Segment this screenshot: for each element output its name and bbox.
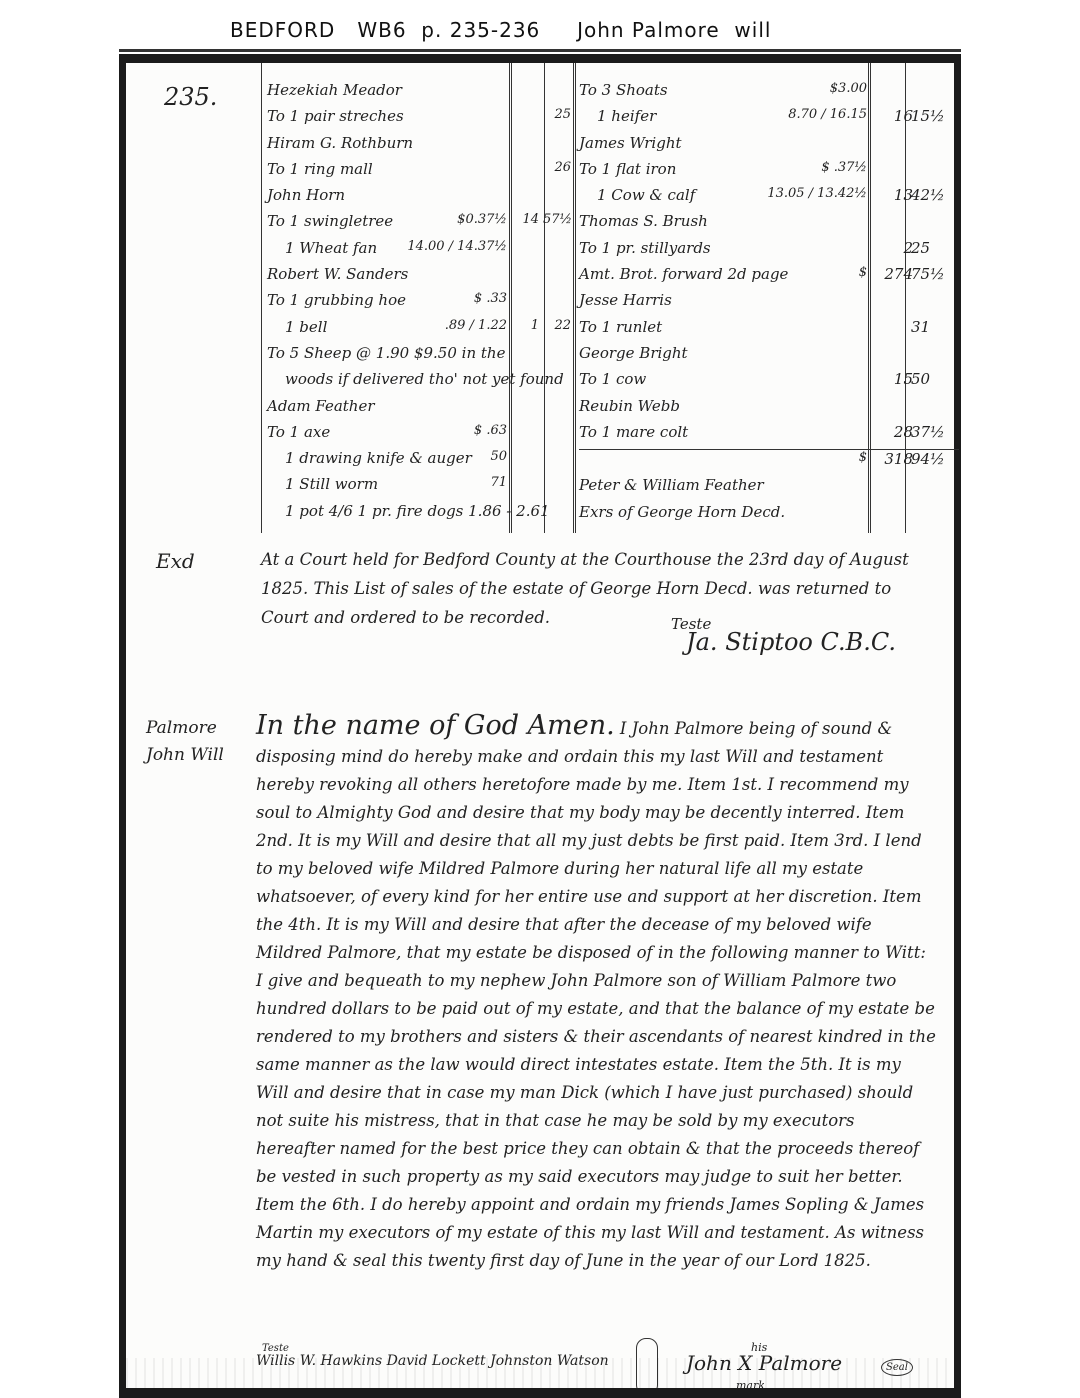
ledger-amount: 71 <box>490 475 507 490</box>
ledger-amount: 50 <box>490 449 507 464</box>
ledger-row: Peter & William Feather <box>579 476 959 502</box>
ledger-ref-row <box>511 370 573 396</box>
ledger-row: Reubin Webb <box>579 397 959 423</box>
ledger-row: James Wright <box>579 134 959 160</box>
ledger-amount: $ .63 <box>474 423 507 438</box>
ledger-row: To 1 mare colt2837½ <box>579 423 959 449</box>
ledger-description: To 1 ring mall <box>267 160 373 178</box>
ledger-description: 1 Wheat fan <box>285 239 377 257</box>
ledger-description: 1 drawing knife & auger <box>285 449 472 467</box>
ledger-description: To 1 axe <box>267 423 330 441</box>
ledger-description: To 3 Shoats <box>579 81 668 99</box>
ledger-row: woods if delivered tho' not yet found <box>267 370 507 396</box>
ledger-row: To 1 pr. stillyards225 <box>579 239 959 265</box>
ledger-description: James Wright <box>579 134 682 152</box>
ledger-ref-row <box>511 475 573 501</box>
ledger-row: To 1 ring mall <box>267 160 507 186</box>
ledger-row: To 1 cow1550 <box>579 370 959 396</box>
ledger-middle-refs: 25261457½122 <box>511 81 573 528</box>
ledger-amount: $ <box>859 450 867 465</box>
ledger-cents: 25 <box>911 239 930 257</box>
ledger-row: To 1 runlet31 <box>579 318 959 344</box>
ledger-cents: 15½ <box>911 107 945 125</box>
ledger-description: George Bright <box>579 344 688 362</box>
ledger-cents: 31 <box>911 318 930 336</box>
ledger-description: To 1 swingletree <box>267 212 393 230</box>
ledger-ref-row <box>511 291 573 317</box>
ledger-dollars: 274 <box>884 265 913 283</box>
ledger-ref-row <box>511 265 573 291</box>
ledger-ref-row: 26 <box>511 160 573 186</box>
ledger-description: Reubin Webb <box>579 397 680 415</box>
ledger-cents: 42½ <box>911 186 945 204</box>
ledger-row: Thomas S. Brush <box>579 212 959 238</box>
ledger-amount: 8.70 / 16.15 <box>788 107 867 122</box>
ledger-row: John Horn <box>267 186 507 212</box>
ledger-amount: $ .33 <box>474 291 507 306</box>
ledger-ref-row <box>511 134 573 160</box>
ledger-description: To 1 runlet <box>579 318 662 336</box>
ledger-row: Amt. Brot. forward 2d page$27475½ <box>579 265 959 291</box>
ledger-description: To 1 flat iron <box>579 160 676 178</box>
ledger-row: 1 drawing knife & auger50 <box>267 449 507 475</box>
ledger-amount: $0.37½ <box>457 212 507 227</box>
ledger-row: To 5 Sheep @ 1.90 $9.50 in the <box>267 344 507 370</box>
ledger-ref-row: 122 <box>511 318 573 344</box>
ledger-ref-row <box>511 186 573 212</box>
ledger-row: To 1 flat iron$ .37½ <box>579 160 959 186</box>
ledger-row: Exrs of George Horn Decd. <box>579 503 959 529</box>
ledger-cents: 37½ <box>911 423 945 441</box>
ledger-row: To 1 swingletree$0.37½ <box>267 212 507 238</box>
ledger-description: 1 pot 4/6 1 pr. fire dogs 1.86 - 2.61 <box>285 502 550 520</box>
ledger-description: Hiram G. Rothburn <box>267 134 413 152</box>
ledger-row: 1 heifer8.70 / 16.151615½ <box>579 107 959 133</box>
margin-title-line: John Will <box>146 742 224 769</box>
ledger-description: 1 Cow & calf <box>597 186 695 204</box>
sales-ledger: Hezekiah MeadorTo 1 pair strechesHiram G… <box>261 63 961 543</box>
ledger-rule <box>261 63 262 533</box>
scan-bottom-edge <box>119 1388 961 1398</box>
ledger-row: 1 Wheat fan14.00 / 14.37½ <box>267 239 507 265</box>
ledger-row: Robert W. Sanders <box>267 265 507 291</box>
document-header-label: BEDFORD WB6 p. 235-236 John Palmore will <box>230 18 771 42</box>
ledger-description: To 1 mare colt <box>579 423 688 441</box>
ledger-row: $31894½ <box>579 449 959 476</box>
ref-dollars: 1 <box>511 318 539 333</box>
ledger-row: To 1 pair streches <box>267 107 507 133</box>
ledger-amount: $ <box>859 265 867 280</box>
ledger-row: Adam Feather <box>267 397 507 423</box>
ledger-row: George Bright <box>579 344 959 370</box>
will-margin-title: Palmore John Will <box>146 715 224 769</box>
ledger-description: To 1 grubbing hoe <box>267 291 406 309</box>
ledger-ref-row <box>511 502 573 528</box>
ledger-ref-row <box>511 239 573 265</box>
ledger-ref-row <box>511 397 573 423</box>
will-text: In the name of God Amen. I John Palmore … <box>256 711 936 1275</box>
ledger-cents: 94½ <box>911 450 945 468</box>
ref-cents: 26 <box>543 160 571 175</box>
ledger-amount: $3.00 <box>830 81 867 96</box>
ledger-cents: 50 <box>911 370 930 388</box>
ledger-ref-row <box>511 423 573 449</box>
ledger-row: To 1 axe$ .63 <box>267 423 507 449</box>
ledger-row: Hiram G. Rothburn <box>267 134 507 160</box>
ledger-row: Hezekiah Meador <box>267 81 507 107</box>
ref-dollars: 14 <box>511 212 539 227</box>
ledger-row: 1 pot 4/6 1 pr. fire dogs 1.86 - 2.61 <box>267 502 507 528</box>
examined-margin-note: Exd <box>156 549 195 573</box>
ref-cents: 25 <box>543 107 571 122</box>
ledger-row: To 1 grubbing hoe$ .33 <box>267 291 507 317</box>
ledger-description: 1 heifer <box>597 107 656 125</box>
ledger-page: 235. Hezekiah MeadorTo 1 pair strechesHi… <box>119 54 961 1398</box>
ledger-description: Peter & William Feather <box>579 476 764 494</box>
ledger-amount: 14.00 / 14.37½ <box>407 239 507 254</box>
clerk-signature: Ja. Stiptoo C.B.C. <box>686 628 896 656</box>
ledger-cents: 75½ <box>911 265 945 283</box>
will-opening: In the name of God Amen. <box>256 710 615 741</box>
ledger-description: To 1 pr. stillyards <box>579 239 711 257</box>
ledger-left-column: Hezekiah MeadorTo 1 pair strechesHiram G… <box>267 81 507 528</box>
margin-title-line: Palmore <box>146 715 224 742</box>
ledger-description: Robert W. Sanders <box>267 265 408 283</box>
ledger-description: Jesse Harris <box>579 291 672 309</box>
ledger-ref-row <box>511 344 573 370</box>
ledger-dollars: 318 <box>884 450 913 468</box>
ledger-description: 1 bell <box>285 318 327 336</box>
ledger-row: 1 Cow & calf13.05 / 13.42½1342½ <box>579 186 959 212</box>
ledger-row: To 3 Shoats$3.00 <box>579 81 959 107</box>
ledger-amount: .89 / 1.22 <box>445 318 507 333</box>
ledger-amount: 13.05 / 13.42½ <box>767 186 867 201</box>
ledger-description: Exrs of George Horn Decd. <box>579 503 785 521</box>
ledger-row: 1 bell.89 / 1.22 <box>267 318 507 344</box>
ledger-description: To 1 pair streches <box>267 107 404 125</box>
ledger-rule <box>573 63 576 533</box>
ref-cents: 22 <box>543 318 571 333</box>
ledger-row: 1 Still worm71 <box>267 475 507 501</box>
teste-label: Teste <box>262 1343 289 1354</box>
ledger-amount: $ .37½ <box>821 160 867 175</box>
ledger-ref-row: 1457½ <box>511 212 573 238</box>
ledger-right-column: To 3 Shoats$3.001 heifer8.70 / 16.151615… <box>579 81 959 529</box>
ledger-ref-row <box>511 449 573 475</box>
ledger-description: Hezekiah Meador <box>267 81 402 99</box>
ledger-description: To 1 cow <box>579 370 646 388</box>
will-body-text: I John Palmore being of sound & disposin… <box>256 719 936 1270</box>
ledger-description: Thomas S. Brush <box>579 212 708 230</box>
page-number: 235. <box>164 83 217 111</box>
ledger-description: Adam Feather <box>267 397 375 415</box>
ledger-ref-row <box>511 81 573 107</box>
ledger-description: To 5 Sheep @ 1.90 $9.50 in the <box>267 344 505 362</box>
court-certificate: At a Court held for Bedford County at th… <box>261 545 921 632</box>
ledger-description: 1 Still worm <box>285 475 378 493</box>
ref-cents: 57½ <box>543 212 571 227</box>
ledger-description: Amt. Brot. forward 2d page <box>579 265 788 283</box>
ledger-ref-row: 25 <box>511 107 573 133</box>
ledger-row: Jesse Harris <box>579 291 959 317</box>
ledger-description: John Horn <box>267 186 345 204</box>
